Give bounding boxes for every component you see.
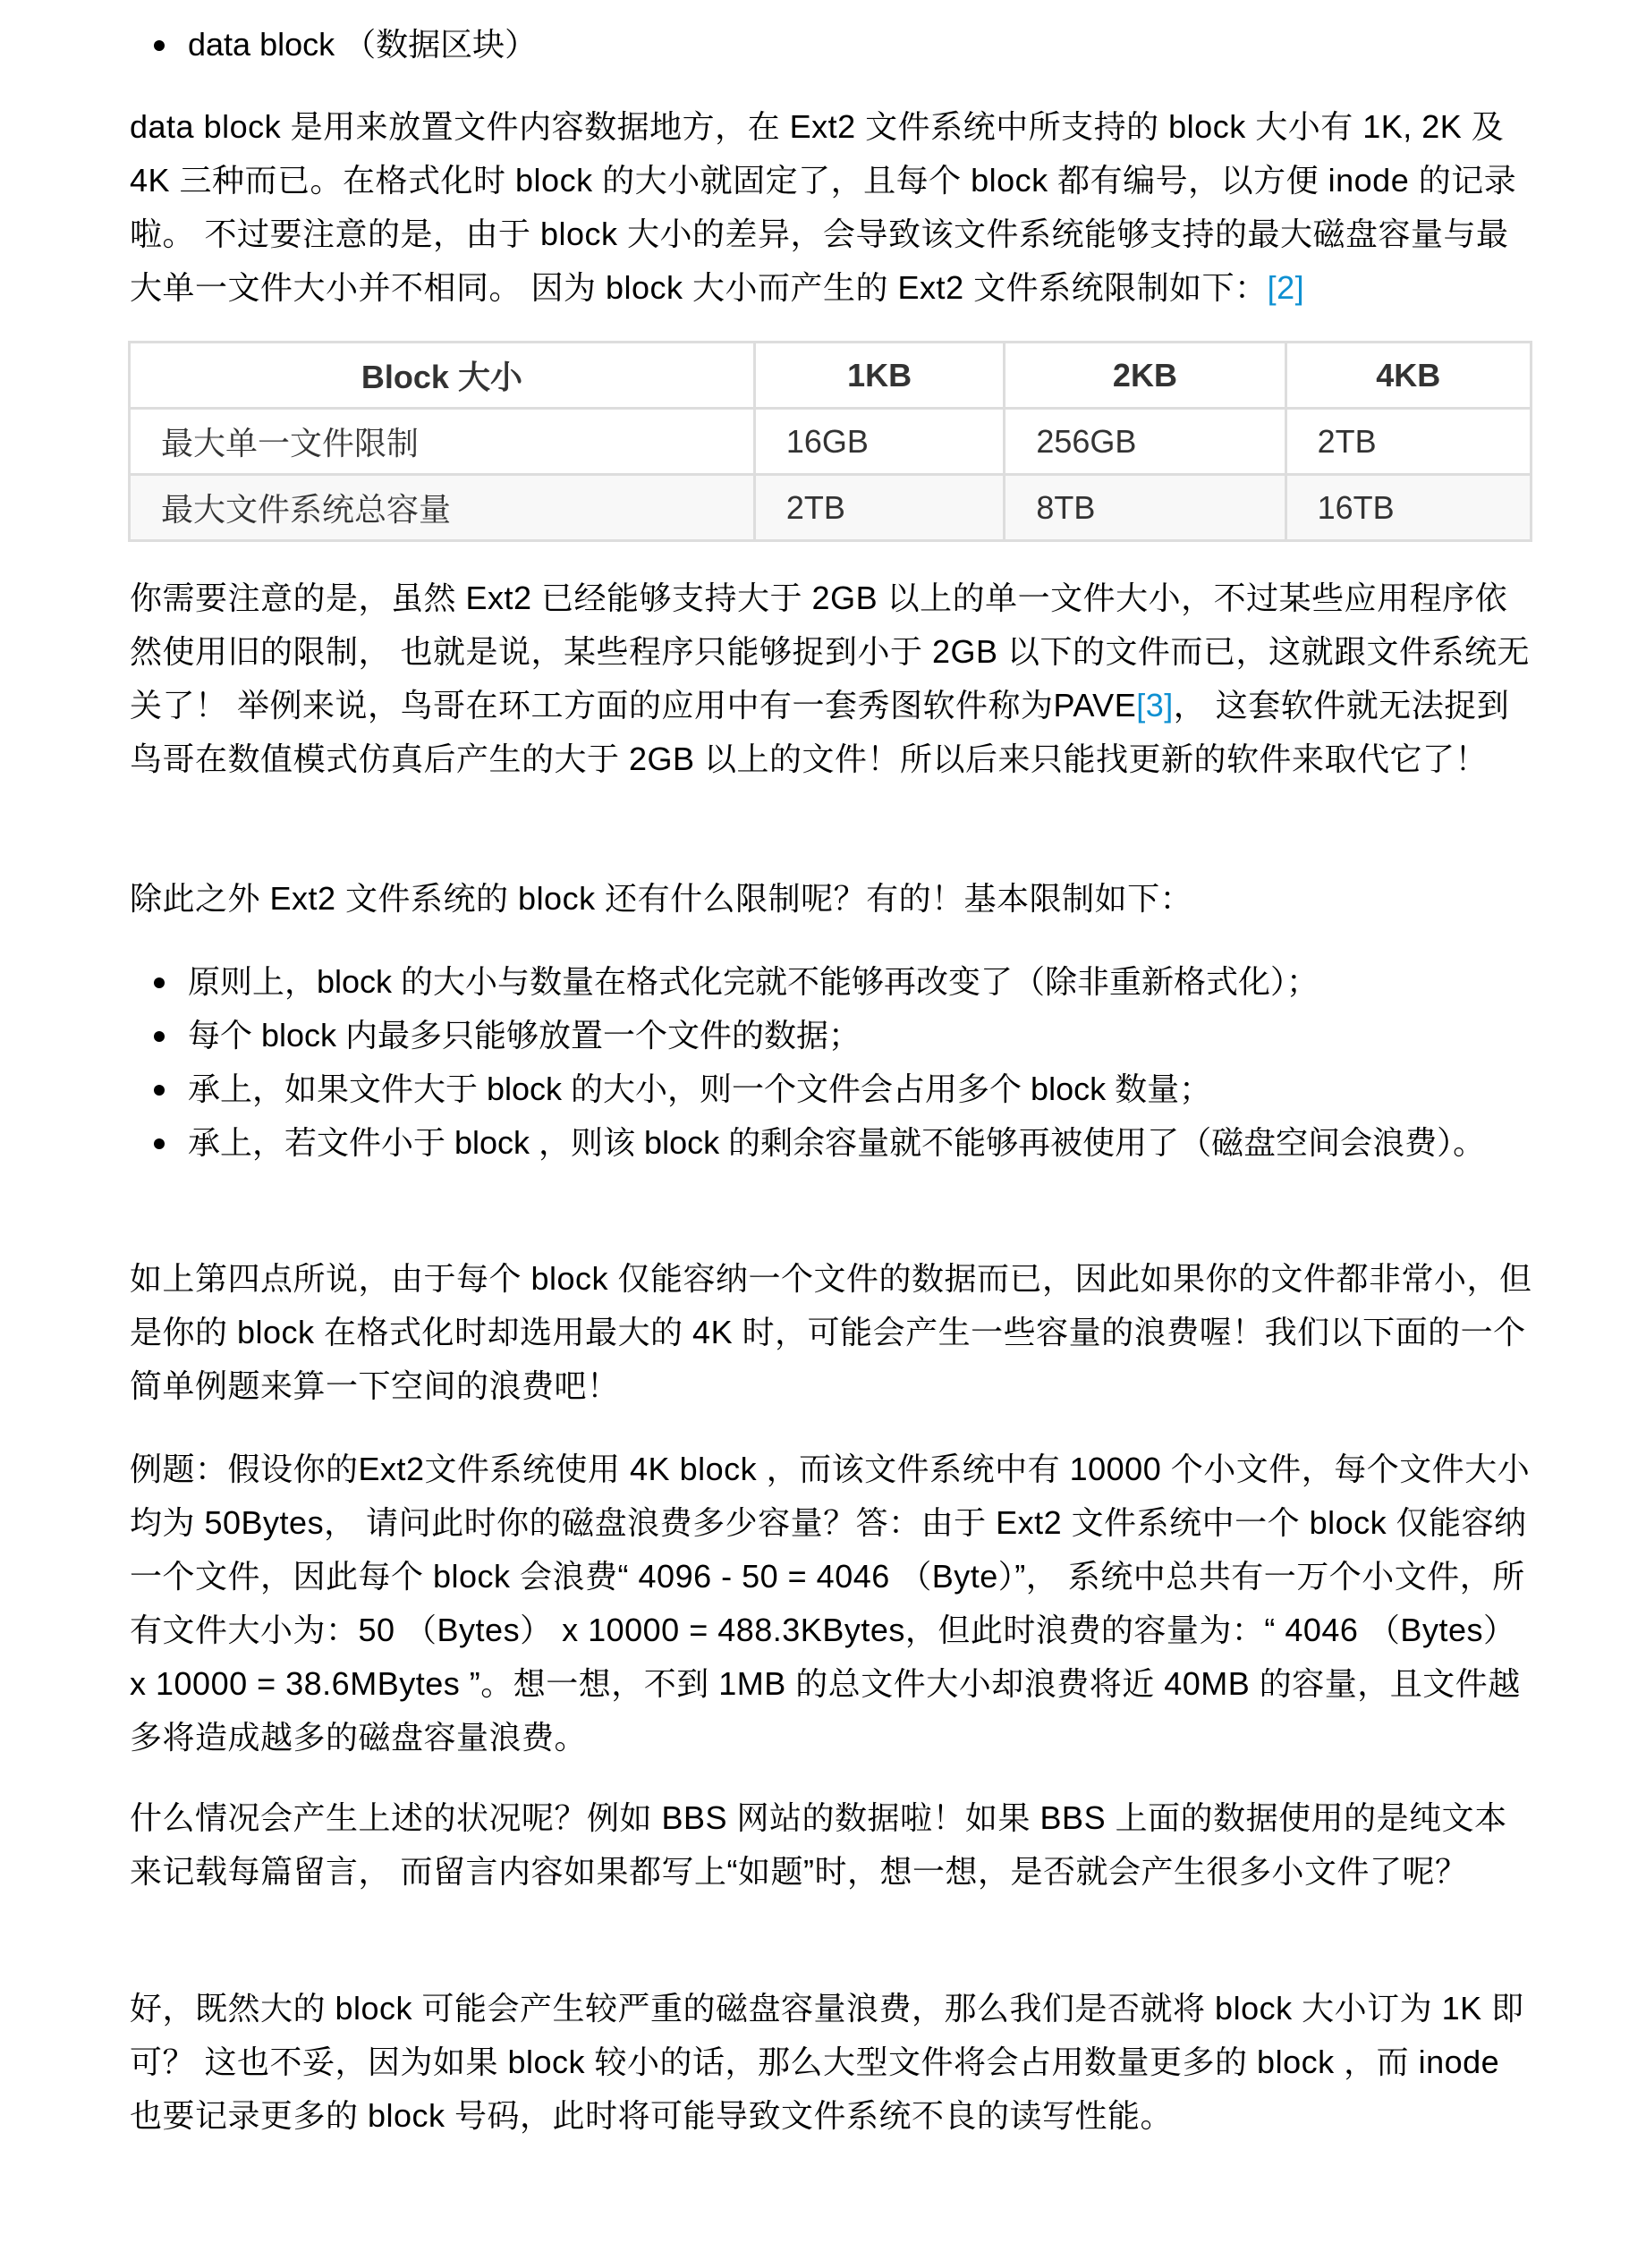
table-header-cell: Block 大小 (130, 343, 755, 409)
paragraph-waste-intro: 如上第四点所说，由于每个 block 仅能容纳一个文件的数据而已，因此如果你的文… (130, 1252, 1539, 1413)
paragraph-data-block-intro: data block 是用来放置文件内容数据地方，在 Ext2 文件系统中所支持… (130, 100, 1539, 315)
block-limits-list: 原则上，block 的大小与数量在格式化完就不能够再改变了（除非重新格式化）； … (121, 955, 1539, 1170)
table-cell: 8TB (1005, 475, 1285, 541)
table-header-row: Block 大小 1KB 2KB 4KB (130, 343, 1531, 409)
table-row: 最大文件系统总容量 2TB 8TB 16TB (130, 475, 1531, 541)
table-header-cell: 2KB (1005, 343, 1285, 409)
section-list: data block （数据区块） (121, 18, 1539, 72)
block-size-limits-table: Block 大小 1KB 2KB 4KB 最大单一文件限制 16GB 256GB… (128, 341, 1532, 542)
list-item: 承上，若文件小于 block ，则该 block 的剩余容量就不能够再被使用了（… (121, 1116, 1539, 1170)
paragraph-small-block-tradeoff: 好，既然大的 block 可能会产生较严重的磁盘容量浪费，那么我们是否就将 bl… (130, 1982, 1539, 2143)
table-cell: 最大单一文件限制 (130, 409, 755, 475)
table-cell: 2TB (754, 475, 1004, 541)
table-row: 最大单一文件限制 16GB 256GB 2TB (130, 409, 1531, 475)
list-item: 承上，如果文件大于 block 的大小，则一个文件会占用多个 block 数量； (121, 1062, 1539, 1116)
block-size-table-wrapper: Block 大小 1KB 2KB 4KB 最大单一文件限制 16GB 256GB… (128, 341, 1532, 542)
list-item: 原则上，block 的大小与数量在格式化完就不能够再改变了（除非重新格式化）； (121, 955, 1539, 1009)
paragraph-text: data block 是用来放置文件内容数据地方，在 Ext2 文件系统中所支持… (130, 108, 1516, 306)
paragraph-example: 例题：假设你的Ext2文件系统使用 4K block ，而该文件系统中有 100… (130, 1443, 1539, 1764)
section-bullet-data-block: data block （数据区块） (121, 18, 1539, 72)
footnote-link-2[interactable]: [2] (1268, 269, 1305, 306)
table-cell: 16TB (1285, 475, 1531, 541)
paragraph-bbs-case: 什么情况会产生上述的状况呢？例如 BBS 网站的数据啦！如果 BBS 上面的数据… (130, 1791, 1539, 1899)
list-item: 每个 block 内最多只能够放置一个文件的数据； (121, 1009, 1539, 1062)
table-cell: 16GB (754, 409, 1004, 475)
table-header-cell: 1KB (754, 343, 1004, 409)
document-page: data block （数据区块） data block 是用来放置文件内容数据… (0, 0, 1646, 2268)
table-cell: 256GB (1005, 409, 1285, 475)
paragraph-2gb-note: 你需要注意的是，虽然 Ext2 已经能够支持大于 2GB 以上的单一文件大小，不… (130, 571, 1539, 786)
table-cell: 最大文件系统总容量 (130, 475, 755, 541)
footnote-link-3[interactable]: [3] (1136, 687, 1174, 724)
table-header-cell: 4KB (1285, 343, 1531, 409)
table-cell: 2TB (1285, 409, 1531, 475)
paragraph-limits-intro: 除此之外 Ext2 文件系统的 block 还有什么限制呢？有的！基本限制如下： (130, 872, 1539, 926)
